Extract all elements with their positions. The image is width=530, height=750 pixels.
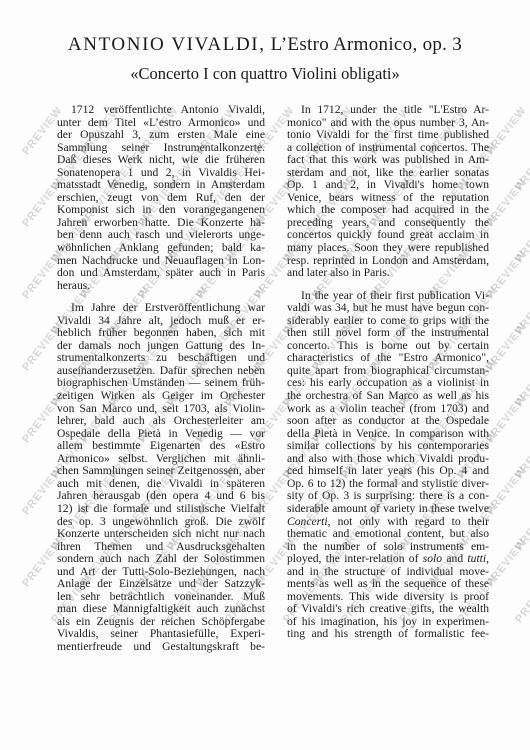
text-line: characteristics of the "Estro Armonico", [287,352,489,365]
composer-name: ANTONIO VIVALDI, [68,34,266,55]
text-line: and also with those which Vivaldi produ- [287,453,489,466]
paragraph: 1712 veröffentlichte Antonio Vivaldi,unt… [57,104,265,292]
text-line: work as a violin teacher (from 1703) and [287,403,489,416]
text-line: biographischen Umständen — seinem früh- [57,377,265,390]
text-line: mentierfreude und Gestaltungskraft be- [57,641,265,654]
text-line: Armonico» selbst. Verglichen mit ähnli- [57,453,265,466]
text-line: fact that this work was published in Am- [287,154,489,167]
watermark-text: PREVIEW [484,105,529,158]
text-line: allem bestimmte Eigenarten des «Estro [57,440,265,453]
text-line: Op. 6 to 12) the formal and stylistic di… [287,478,489,491]
text-line: a collection of instrumental concertos. … [287,142,489,155]
watermark-text: PREVIEW [484,177,529,230]
text-line: sity of Op. 3 is surprising: there is a … [287,490,489,503]
text-line: heblich früher begonnen haben, sich mit [57,327,265,340]
text-line: many places. Soon they were republished [287,242,489,255]
text-line: and in the structure of individual move- [287,566,489,579]
german-text-column: 1712 veröffentlichte Antonio Vivaldi,unt… [57,104,265,654]
text-line: der Opuszahl 3, zum ersten Male eine [57,129,265,142]
text-line: ces: his early occupation as a violinist… [287,377,489,390]
text-line: und Art der Tutti-Solo-Beziehungen, nach [57,566,265,579]
text-line: preceding years, and consequently the [287,217,489,230]
text-line: and later also in Paris. [287,267,489,280]
text-line: erschien, zeugt von dem Ruf, den der [57,192,265,205]
text-line: Jahren erworben hatte. Die Konzerte ha- [57,217,265,230]
text-line: als ein Zeugnis der reichen Schöpfergabe [57,616,265,629]
text-line: 12) ist die formale und stilistische Vie… [57,503,265,516]
paragraph-gap [57,292,265,302]
text-line: man diese Mannigfaltigkeit auch zunächst [57,603,265,616]
watermark-text: PREVIEW [484,249,529,302]
text-line: sterdam and not, like the earlier sonata… [287,167,489,180]
watermark-text: PREVIEW [513,429,530,482]
watermark-text: PREVIEW [484,393,529,446]
text-line: auch mit denen, die Vivaldi in späteren [57,478,265,491]
text-line: which the composer had acquired in the [287,204,489,217]
text-line: ments as well as in the sequence of thes… [287,578,489,591]
text-line: len sehr beträchtlich voneinander. Muß [57,591,265,604]
text-line: don und Amsterdam, später auch in Paris [57,267,265,280]
text-line: quite apart from biographical circumstan… [287,365,489,378]
watermark-text: PREVIEW [484,465,529,518]
watermark-text: PREVIEW [513,501,530,554]
text-line: strumentalkonzerts zu beschäftigen und [57,352,265,365]
text-line: der damals noch jungen Gattung des In- [57,340,265,353]
text-line: lehrer, bald auch als Orchesterleiter am [57,415,265,428]
text-line: thematic and emotional content, but also [287,528,489,541]
text-line: Sammlung seiner Instrumentalkonzerte. [57,142,265,155]
paragraph: In the year of their first publication V… [287,290,489,641]
document-page: ANTONIO VIVALDI, L’Estro Armonico, op. 3… [0,0,530,750]
text-line: Sonatenopera 1 und 2, in Vivaldis Hei- [57,167,265,180]
text-line: Vivaldi 34 Jahre alt, jedoch muß er er- [57,315,265,328]
text-line: Konzerte unterscheiden sich nicht nur na… [57,528,265,541]
watermark-text: PREVIEW [513,357,530,410]
text-line: della Pietà in Venice. In comparison wit… [287,428,489,441]
text-line: similar collections by his contemporarie… [287,440,489,453]
text-line: concertos quickly found great acclaim in [287,229,489,242]
text-line: ployed, the inter-relation of solo and t… [287,553,489,566]
text-line: resp. reprinted in London and Amsterdam, [287,255,489,268]
text-line: In the year of their first publication V… [287,290,489,303]
text-line: monico" and with the opus number 3, An- [287,117,489,130]
text-line: ihren Themen und Ausdrucksgehalten [57,541,265,554]
watermark-text: PREVIEW [513,573,530,626]
text-line: Daß dieses Werk nicht, wie die früheren [57,154,265,167]
text-line: of his imagination, his joy in experimen… [287,616,489,629]
text-line: auseinanderzusetzen. Dafür sprechen nebe… [57,365,265,378]
watermark-text: PREVIEW [513,285,530,338]
watermark-text: PREVIEW [513,141,530,194]
paragraph: In 1712, under the title "L'Estro Ar-mon… [287,104,489,280]
text-line: movements. This wide diversity is proof [287,591,489,604]
text-line: 1712 veröffentlichte Antonio Vivaldi, [57,104,265,117]
text-line: men Nachdrucke und Neuauflagen in Lon- [57,255,265,268]
text-line: Venice, bears witness of the reputation [287,192,489,205]
text-line: heraus. [57,280,265,293]
text-line: matsstadt Venedig, sondern in Amsterdam [57,179,265,192]
text-line: unter dem Titel «L’estro Armonico» und [57,117,265,130]
text-line: sondern auch nach Zahl der Solostimmen [57,553,265,566]
watermark-text: PREVIEW [484,537,529,590]
english-text-column: In 1712, under the title "L'Estro Ar-mon… [287,104,489,641]
text-line: Vivaldis, seiner Phantasiefülle, Experi- [57,628,265,641]
text-line: of Vivaldi's rich creative gifts, the we… [287,603,489,616]
text-line: von San Marco und, seit 1703, als Violin… [57,403,265,416]
watermark-text: PREVIEW [513,213,530,266]
text-line: valdi was 34, but he must have begun con… [287,302,489,315]
text-line: Concerti, not only with regard to their [287,516,489,529]
text-line: soon after as conductor at the Ospedale [287,415,489,428]
text-line: ben denn auch rasch und vielerorts unge- [57,229,265,242]
text-line: concerto. This is borne out by certain [287,340,489,353]
text-line: Komponist sich in den vorangegangenen [57,204,265,217]
text-line: the orchestra of San Marco as well as hi… [287,390,489,403]
text-line: Anlage der Einzelsätze und der Satzzyk- [57,578,265,591]
paragraph: Im Jahre der Erstveröffentlichung warViv… [57,302,265,653]
text-line: Im Jahre der Erstveröffentlichung war [57,302,265,315]
text-line: Op. 1 and 2, in Vivaldi's home town [287,179,489,192]
text-line: then still novel form of the instrumenta… [287,327,489,340]
text-line: wöhnlichen Anklang gefunden; bald ka- [57,242,265,255]
text-line: siderably earlier to come to grips with … [287,315,489,328]
text-line: in the number of solo instruments em- [287,541,489,554]
text-line: Jahren herausgab (den opera 4 und 6 bis [57,490,265,503]
text-line: Ospedale della Pietà in Venedig — vor [57,428,265,441]
text-line: ced himself in later years (his Op. 4 an… [287,465,489,478]
work-title: L’Estro Armonico, op. 3 [266,34,463,55]
page-title: ANTONIO VIVALDI, L’Estro Armonico, op. 3 [0,34,530,56]
page-subtitle: «Concerto I con quattro Violini obligati… [0,64,530,84]
text-line: des op. 3 ungewöhnlich groß. Die zwölf [57,516,265,529]
text-line: chen Sammlungen seiner Zeitgenossen, abe… [57,465,265,478]
text-line: siderable amount of variety in these twe… [287,503,489,516]
text-line: tonio Vivaldi for the first time publish… [287,129,489,142]
watermark-text: PREVIEW [484,321,529,374]
paragraph-gap [287,280,489,290]
text-line: ting and his strength of formalistic fee… [287,628,489,641]
text-line: zeitigen Wirken als Geiger im Orchester [57,390,265,403]
text-line: In 1712, under the title "L'Estro Ar- [287,104,489,117]
